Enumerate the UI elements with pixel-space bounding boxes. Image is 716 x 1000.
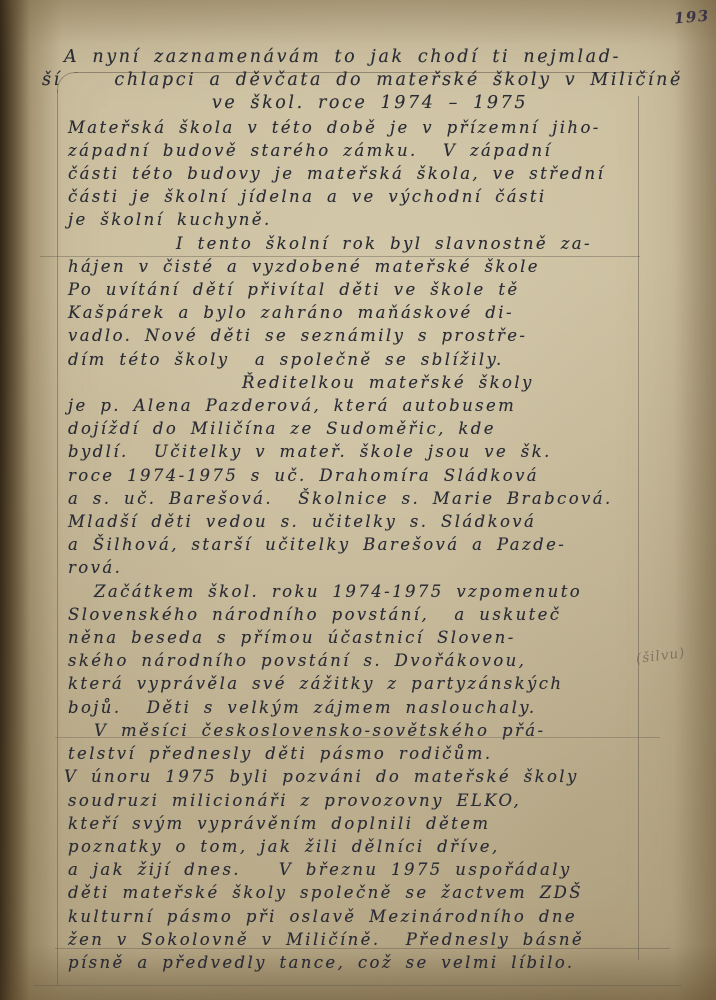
handwritten-line: něna beseda s přímou účastnicí Sloven- (68, 626, 676, 649)
handwritten-line: je školní kuchyně. (68, 208, 676, 231)
handwritten-line: soudruzi milicionáři z provozovny ELKO, (68, 789, 676, 812)
handwritten-line: hájen v čisté a vyzdobené mateřské škole (68, 255, 676, 278)
handwritten-line: poznatky o tom, jak žili dělníci dříve, (68, 835, 676, 858)
chronicle-page: 193 (šilvu) A nyní zaznamenávám to jak c… (0, 0, 716, 1000)
handwritten-line: části této budovy je mateřská škola, ve … (68, 162, 676, 185)
handwritten-line: ší chlapci a děvčata do mateřské školy v… (42, 69, 676, 92)
handwritten-line: ského národního povstání s. Dvořákovou, (68, 649, 676, 672)
manuscript-lines: A nyní zaznamenávám to jak chodí ti nejm… (64, 46, 676, 974)
handwritten-line: dím této školy a společně se sblížily. (68, 348, 676, 371)
handwritten-line: Mateřská škola v této době je v přízemní… (68, 116, 676, 139)
handwritten-line: Ředitelkou mateřské školy (242, 371, 676, 394)
handwritten-line: kteří svým vyprávěním doplnili dětem (68, 812, 676, 835)
handwritten-line: rová. (68, 556, 676, 579)
handwritten-line: a s. uč. Barešová. Školnice s. Marie Bra… (68, 487, 676, 510)
handwritten-line: Po uvítání dětí přivítal děti ve škole t… (68, 278, 676, 301)
footer-rule (34, 985, 682, 986)
handwritten-line: Začátkem škol. roku 1974-1975 vzpomenuto (94, 580, 676, 603)
handwritten-line: Slovenského národního povstání, a uskute… (68, 603, 676, 626)
handwritten-line: vadlo. Nové děti se seznámily s prostře- (68, 324, 676, 347)
handwritten-line: a jak žijí dnes. V březnu 1975 uspořádal… (68, 858, 676, 881)
handwritten-line: Mladší děti vedou s. učitelky s. Sládkov… (68, 510, 676, 533)
handwritten-line: V únoru 1975 byli pozváni do mateřské šk… (64, 765, 676, 788)
handwritten-line: ve škol. roce 1974 – 1975 (64, 92, 676, 115)
handwritten-line: západní budově starého zámku. V západní (68, 139, 676, 162)
handwritten-line: telství přednesly děti pásmo rodičům. (68, 742, 676, 765)
left-margin-rule (57, 90, 58, 985)
handwritten-line: kulturní pásmo při oslavě Mezinárodního … (68, 905, 676, 928)
handwritten-line: žen v Sokolovně v Miličíně. Přednesly bá… (68, 928, 676, 951)
handwritten-line: části je školní jídelna a ve východní čá… (68, 185, 676, 208)
handwritten-line: A nyní zaznamenávám to jak chodí ti nejm… (64, 46, 676, 69)
page-number: 193 (673, 6, 710, 27)
handwritten-line: písně a předvedly tance, což se velmi lí… (68, 951, 676, 974)
handwritten-line: a Šilhová, starší učitelky Barešová a Pa… (68, 533, 676, 556)
handwritten-line: děti mateřské školy společně se žactvem … (68, 881, 676, 904)
handwritten-line: bojů. Děti s velkým zájmem naslouchaly. (68, 696, 676, 719)
handwritten-line: V měsíci československo-sovětského přá- (94, 719, 676, 742)
handwritten-line: I tento školní rok byl slavnostně za- (176, 232, 676, 255)
handwritten-line: je p. Alena Pazderová, která autobusem (68, 394, 676, 417)
handwritten-line: bydlí. Učitelky v mateř. škole jsou ve š… (68, 440, 676, 463)
handwritten-line: dojíždí do Miličína ze Sudoměřic, kde (68, 417, 676, 440)
handwritten-line: Kašpárek a bylo zahráno maňáskové di- (68, 301, 676, 324)
handwritten-line: roce 1974-1975 s uč. Drahomíra Sládková (68, 464, 676, 487)
handwritten-line: která vyprávěla své zážitky z partyzánsk… (68, 672, 676, 695)
